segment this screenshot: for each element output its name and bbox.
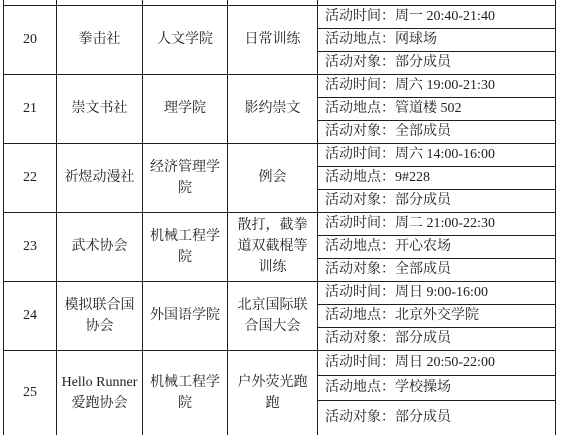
detail-label: 活动时间： — [325, 355, 395, 370]
activity-time-cell: 活动时间：周日 20:50-22:00 — [318, 350, 556, 375]
detail-value: 周六 14:00-16:00 — [395, 147, 495, 162]
activity-target-cell: 活动对象：部分成员 — [318, 400, 556, 435]
detail-value: 管道楼 502 — [395, 101, 462, 116]
detail-label: 活动时间： — [325, 9, 395, 24]
club-name-cell: 模拟联合国协会 — [57, 281, 143, 350]
detail-value: 部分成员 — [395, 55, 451, 70]
document-page: 20拳击社人文学院日常训练活动时间：周一 20:40-21:40活动地点：网球场… — [0, 0, 565, 435]
activity-time-cell: 活动时间：周二 21:00-22:30 — [318, 212, 556, 235]
club-name-cell: 祈煜动漫社 — [57, 143, 143, 212]
club-row-21-line-1: 21崇文书社理学院影约崇文活动时间：周六 19:00-21:30 — [4, 74, 556, 97]
activity-target-cell: 活动对象：部分成员 — [318, 51, 556, 74]
activity-name-cell: 散打，截拳道双截棍等训练 — [228, 212, 318, 281]
activity-place-cell: 活动地点：网球场 — [318, 28, 556, 51]
activity-time-cell: 活动时间：周六 19:00-21:30 — [318, 74, 556, 97]
detail-value: 全部成员 — [395, 124, 451, 139]
detail-label: 活动地点： — [325, 170, 395, 185]
activity-place-cell: 活动地点：管道楼 502 — [318, 97, 556, 120]
row-number-cell: 25 — [4, 350, 57, 435]
detail-value: 周六 19:00-21:30 — [395, 78, 495, 93]
activity-name-cell: 例会 — [228, 143, 318, 212]
detail-value: 部分成员 — [395, 331, 451, 346]
club-name-cell: 拳击社 — [57, 5, 143, 74]
detail-label: 活动地点： — [325, 239, 395, 254]
club-row-20-line-1: 20拳击社人文学院日常训练活动时间：周一 20:40-21:40 — [4, 5, 556, 28]
college-cell: 经济管理学院 — [143, 143, 228, 212]
club-row-22-line-1: 22祈煜动漫社经济管理学院例会活动时间：周六 14:00-16:00 — [4, 143, 556, 166]
detail-label: 活动对象： — [325, 193, 395, 208]
activity-place-cell: 活动地点：学校操场 — [318, 375, 556, 400]
detail-value: 部分成员 — [395, 193, 451, 208]
club-row-25-line-1: 25Hello Runner 爱跑协会机械工程学院户外荧光跑跑活动时间：周日 2… — [4, 350, 556, 375]
detail-value: 部分成员 — [395, 410, 451, 425]
row-number-cell: 21 — [4, 74, 57, 143]
activity-time-cell: 活动时间：周日 9:00-16:00 — [318, 281, 556, 304]
college-cell: 外国语学院 — [143, 281, 228, 350]
detail-label: 活动时间： — [325, 147, 395, 162]
club-row-23-line-1: 23武术协会机械工程学院散打，截拳道双截棍等训练活动时间：周二 21:00-22… — [4, 212, 556, 235]
detail-value: 周日 20:50-22:00 — [395, 355, 495, 370]
detail-label: 活动地点： — [325, 380, 395, 395]
detail-label: 活动时间： — [325, 285, 395, 300]
row-number-cell: 23 — [4, 212, 57, 281]
college-cell: 机械工程学院 — [143, 350, 228, 435]
detail-value: 开心农场 — [395, 239, 451, 254]
activity-target-cell: 活动对象：全部成员 — [318, 258, 556, 281]
detail-value: 周二 21:00-22:30 — [395, 216, 495, 231]
detail-label: 活动对象： — [325, 55, 395, 70]
activity-name-cell: 日常训练 — [228, 5, 318, 74]
detail-label: 活动对象： — [325, 262, 395, 277]
activity-place-cell: 活动地点：9#228 — [318, 166, 556, 189]
detail-label: 活动地点： — [325, 308, 395, 323]
detail-value: 周一 20:40-21:40 — [395, 9, 495, 24]
activity-target-cell: 活动对象：部分成员 — [318, 189, 556, 212]
detail-label: 活动对象： — [325, 331, 395, 346]
detail-label: 活动时间： — [325, 216, 395, 231]
activity-place-cell: 活动地点：北京外交学院 — [318, 304, 556, 327]
activity-name-cell: 影约崇文 — [228, 74, 318, 143]
activity-name-cell: 北京国际联合国大会 — [228, 281, 318, 350]
club-name-cell: 武术协会 — [57, 212, 143, 281]
detail-value: 学校操场 — [395, 380, 451, 395]
detail-label: 活动地点： — [325, 101, 395, 116]
detail-label: 活动对象： — [325, 410, 395, 425]
activity-name-cell: 户外荧光跑跑 — [228, 350, 318, 435]
detail-label: 活动时间： — [325, 78, 395, 93]
activity-place-cell: 活动地点：开心农场 — [318, 235, 556, 258]
detail-label: 活动地点： — [325, 32, 395, 47]
activity-time-cell: 活动时间：周六 14:00-16:00 — [318, 143, 556, 166]
activity-target-cell: 活动对象：部分成员 — [318, 327, 556, 350]
activity-time-cell: 活动时间：周一 20:40-21:40 — [318, 5, 556, 28]
row-number-cell: 20 — [4, 5, 57, 74]
college-cell: 理学院 — [143, 74, 228, 143]
college-cell: 人文学院 — [143, 5, 228, 74]
detail-label: 活动对象： — [325, 124, 395, 139]
row-number-cell: 22 — [4, 143, 57, 212]
activity-target-cell: 活动对象：全部成员 — [318, 120, 556, 143]
detail-value: 全部成员 — [395, 262, 451, 277]
detail-value: 9#228 — [395, 170, 430, 185]
row-number-cell: 24 — [4, 281, 57, 350]
detail-value: 网球场 — [395, 32, 437, 47]
detail-value: 周日 9:00-16:00 — [395, 285, 488, 300]
club-name-cell: Hello Runner 爱跑协会 — [57, 350, 143, 435]
college-cell: 机械工程学院 — [143, 212, 228, 281]
club-activity-table: 20拳击社人文学院日常训练活动时间：周一 20:40-21:40活动地点：网球场… — [3, 0, 556, 435]
club-row-24-line-1: 24模拟联合国协会外国语学院北京国际联合国大会活动时间：周日 9:00-16:0… — [4, 281, 556, 304]
detail-value: 北京外交学院 — [395, 308, 479, 323]
club-name-cell: 崇文书社 — [57, 74, 143, 143]
